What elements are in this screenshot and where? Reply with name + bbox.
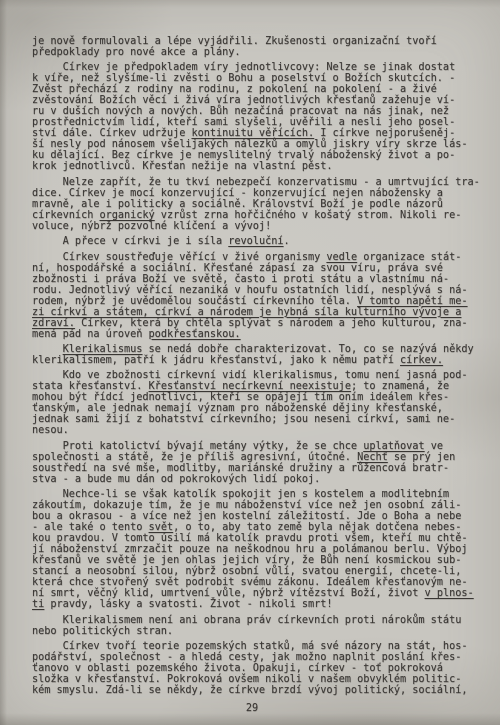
text-line: ší nesly pod nánosem všelijakých nálezků…: [32, 139, 474, 150]
text-line: ťanským, ale jednak nemají význam pro ná…: [32, 403, 474, 414]
underlined-text: Křesťanství necírkevní neexistuje: [149, 381, 351, 392]
text-line: ti pravdy, lásky a svatosti. Život - nik…: [32, 599, 474, 610]
underlined-text: svět: [149, 522, 174, 533]
text-line: rodu. Jednotlivý věřící nezaniká v houfu…: [32, 285, 474, 296]
paragraph: Nechce-li se však katolík spokojit jen s…: [32, 489, 474, 610]
text-line: zvěstování Božích věcí i živá víra jedno…: [32, 95, 474, 106]
text-line: kou pravdou. V tomto úsilí má katolík pr…: [32, 533, 474, 544]
text-line: mená pád na úroveň podkřesťanskou.: [32, 329, 474, 340]
text-line: ťanovo v oblasti pozemského života. Opak…: [32, 663, 474, 674]
text-line: stata křesťanství. Křesťanství necírkevn…: [32, 381, 474, 392]
underlined-text: ti: [32, 599, 44, 610]
text-line: rodem, nýbrž je uvědomělou součástí círk…: [32, 296, 474, 307]
scanned-page: je nově formulovali a lépe vyjádřili. Zk…: [0, 0, 500, 725]
text-line: dice. Církev je mocí konzervující - konz…: [32, 188, 474, 199]
text-line: zdraví. Církev, která by chtěla splývat …: [32, 318, 474, 329]
underlined-text: Klerikalismus: [63, 344, 143, 355]
text-line: Kdo ve zbožnosti církevní vidí klerikali…: [32, 370, 474, 381]
text-line: společnosti a státě, že je příliš agresi…: [32, 452, 474, 463]
text-line: nesou.: [32, 425, 474, 436]
paragraph: Církev soustřeďuje věřící v živé organis…: [32, 252, 474, 340]
text-line: mohou být řídcí jednotlivci, kteří se op…: [32, 392, 474, 403]
text-line: stva - a bude mu dán od pokrokových lidí…: [32, 474, 474, 485]
text-line: Církev tvoří teorie pozemských statků, m…: [32, 641, 474, 652]
underlined-text: podkřesťanskou.: [149, 329, 241, 340]
text-line: Nelze zapřít, že tu tkví nebezpečí konze…: [32, 177, 474, 188]
text-line: kém smyslu. Zdá-li se někdy, že církve b…: [32, 685, 474, 696]
page-number: 29: [32, 703, 472, 714]
text-line: která chce stvořený svět podrobit svému …: [32, 577, 474, 588]
text-line: A přece v církvi je i síla revoluční.: [32, 236, 474, 247]
text-line: Proti katolictví bývají metány výtky, že…: [32, 441, 474, 452]
text-line: prostřednictvím lidí, kteří sami slyšeli…: [32, 117, 474, 128]
text-line: mravně, ale i politicky a sociálně. Král…: [32, 199, 474, 210]
text-line: krok jednotlivců. Křesťan nežije na vlas…: [32, 161, 474, 172]
text-line: Klerikalismem není ani obrana práv círke…: [32, 615, 474, 626]
text-line: ku dělající. Bez církve je nemyslitelný …: [32, 150, 474, 161]
text-line: bou a okrasou - a více než jen kostelní …: [32, 511, 474, 522]
paragraph: Klerikalismem není ani obrana práv círke…: [32, 615, 474, 637]
paragraph: Klerikalismus se nedá dobře charakterizo…: [32, 344, 474, 366]
underlined-text: V tomto napětí me-: [357, 296, 467, 307]
text-line: Nechce-li se však katolík spokojit jen s…: [32, 489, 474, 500]
text-line: zbožnosti i práva Boží ve světě, často i…: [32, 274, 474, 285]
text-line: k víře, než slyšíme-li zvěsti o Bohu a p…: [32, 73, 474, 84]
text-line: nebo politických stran.: [32, 626, 474, 637]
underlined-text: organický: [99, 210, 154, 221]
text-line: ru v duších nových a nových. Bůh nezačín…: [32, 106, 474, 117]
text-line: Zvěst přechází z rodiny na rodinu, z pok…: [32, 84, 474, 95]
paragraph: A přece v církvi je i síla revoluční.: [32, 236, 474, 247]
paragraph: Kdo ve zbožnosti církevní vidí klerikali…: [32, 370, 474, 436]
paragraph: Církev je předpokladem víry jednotlivcov…: [32, 62, 474, 172]
underlined-text: kontinuitu věřících.: [191, 128, 314, 139]
underlined-text: zi církví a státem, církví a národem je …: [32, 307, 461, 318]
text-line: složka v křesťanství. Pokroková ovšem ni…: [32, 674, 474, 685]
paragraph: je nově formulovali a lépe vyjádřili. Zk…: [32, 36, 474, 58]
text-line: ní smrt, věčný klid, umrtvení vůle, nýbr…: [32, 588, 474, 599]
paragraph: Nelze zapřít, že tu tkví nebezpečí konze…: [32, 177, 474, 232]
document-text: je nově formulovali a lépe vyjádřili. Zk…: [32, 36, 474, 696]
text-line: Církev je předpokladem víry jednotlivcov…: [32, 62, 474, 73]
text-line: ní, hospodářské a sociální. Křesťané záp…: [32, 263, 474, 274]
underlined-text: Nechť: [357, 452, 388, 463]
text-line: soustředí na své mše, modlitby, mariánsk…: [32, 463, 474, 474]
underlined-text: vedle: [326, 252, 357, 263]
text-line: zi církví a státem, církví a národem je …: [32, 307, 474, 318]
text-line: - ale také o tento svět, o to, aby tato …: [32, 522, 474, 533]
text-line: jí náboženství zmrzačit pouze na neškodn…: [32, 544, 474, 555]
text-line: předpoklady pro nové akce a plány.: [32, 47, 474, 58]
text-line: stancí a neosobní silou, nýbrž osobní vů…: [32, 566, 474, 577]
underlined-text: v plnos-: [425, 588, 474, 599]
text-line: jednak sami žijí z bohatství církevního;…: [32, 414, 474, 425]
text-line: je nově formulovali a lépe vyjádřili. Zk…: [32, 36, 474, 47]
underlined-text: zdraví.: [32, 318, 75, 329]
text-line: církevních organický vzrůst zrna hořčičn…: [32, 210, 474, 221]
underlined-text: uplatňovat: [363, 441, 424, 452]
paragraph: Církev tvoří teorie pozemských statků, m…: [32, 641, 474, 696]
text-line: Klerikalismus se nedá dobře charakterizo…: [32, 344, 474, 355]
text-line: klerikalismem, patří k jádru křesťanství…: [32, 355, 474, 366]
text-line: křesťanů ve světě je jen ohlas jejich ví…: [32, 555, 474, 566]
underlined-text: revoluční: [228, 236, 283, 247]
text-line: podářství, společnost - a hledá cesty, j…: [32, 652, 474, 663]
underlined-text: církev.: [400, 355, 443, 366]
text-line: voluce, nýbrž pozvolné klíčení a vývoj!: [32, 221, 474, 232]
text-line: Církev soustřeďuje věřící v živé organis…: [32, 252, 474, 263]
text-line: zákoutím, dokazuje tím, že je mu nábožen…: [32, 500, 474, 511]
text-line: ství dále. Církev udržuje kontinuitu věř…: [32, 128, 474, 139]
paragraph: Proti katolictví bývají metány výtky, že…: [32, 441, 474, 485]
